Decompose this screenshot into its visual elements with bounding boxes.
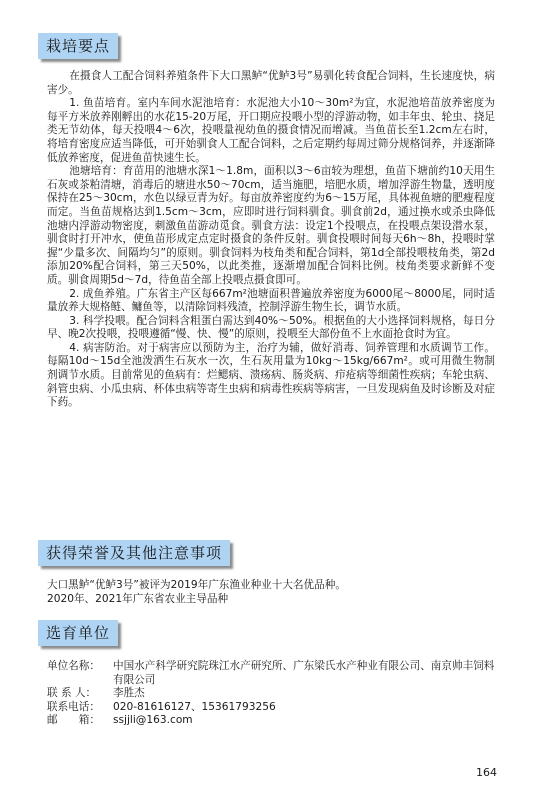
info-label: 联系电话： <box>47 701 113 715</box>
info-label: 联 系 人： <box>47 687 113 701</box>
honors-body: 大口黑鲈“优鲈3号”被评为2019年广东渔业种业十大名优品种。 2020年、20… <box>47 579 495 606</box>
paragraph: 4. 病害防治。对于病害应以预防为主，治疗为辅，做好消毒、饲养管理和水质调节工作… <box>47 342 495 410</box>
info-label: 邮 箱： <box>47 714 113 728</box>
cultivation-body: 在摄食人工配合饲料养殖条件下大口黑鲈“优鲈3号”易驯化转食配合饲料，生长速度快，… <box>47 70 495 410</box>
page-number: 164 <box>476 766 497 779</box>
info-value: 020-81616127、15361793256 <box>113 701 495 715</box>
info-row-phone: 联系电话： 020-81616127、15361793256 <box>47 701 495 715</box>
paragraph: 2. 成鱼养殖。广东省主产区每667m²池塘面积普遍放养密度为6000尾～800… <box>47 288 495 315</box>
breeder-info: 单位名称： 中国水产科学研究院珠江水产研究所、广东梁氏水产种业有限公司、南京帅丰… <box>47 660 495 728</box>
paragraph: 1. 鱼苗培育。室内车间水泥池培育：水泥池大小10～30m²为宜，水泥池培苗放养… <box>47 97 495 165</box>
honor-line: 大口黑鲈“优鲈3号”被评为2019年广东渔业种业十大名优品种。 <box>47 579 495 593</box>
info-row-unit: 单位名称： 中国水产科学研究院珠江水产研究所、广东梁氏水产种业有限公司、南京帅丰… <box>47 660 495 687</box>
info-row-email: 邮 箱： ssjjli@163.com <box>47 714 495 728</box>
email-value: ssjjli@163.com <box>113 714 495 728</box>
section-title-honors: 获得荣誉及其他注意事项 <box>38 540 230 566</box>
info-row-contact: 联 系 人： 李胜杰 <box>47 687 495 701</box>
section-title-cultivation: 栽培要点 <box>38 33 118 59</box>
info-value: 李胜杰 <box>113 687 495 701</box>
info-label: 单位名称： <box>47 660 113 687</box>
section-title-breeder: 选育单位 <box>38 620 118 646</box>
paragraph: 在摄食人工配合饲料养殖条件下大口黑鲈“优鲈3号”易驯化转食配合饲料，生长速度快，… <box>47 70 495 97</box>
paragraph: 3. 科学投喂。配合饲料含粗蛋白需达到40%～50%。根据鱼的大小选择饲料规格，… <box>47 315 495 342</box>
honor-line: 2020年、2021年广东省农业主导品种 <box>47 593 495 607</box>
paragraph: 池塘培育：育苗用的池塘水深1～1.8m，面积以3～6亩较为理想，鱼苗下塘前约10… <box>47 165 495 287</box>
info-value: 中国水产科学研究院珠江水产研究所、广东梁氏水产种业有限公司、南京帅丰饲料有限公司 <box>113 660 495 687</box>
